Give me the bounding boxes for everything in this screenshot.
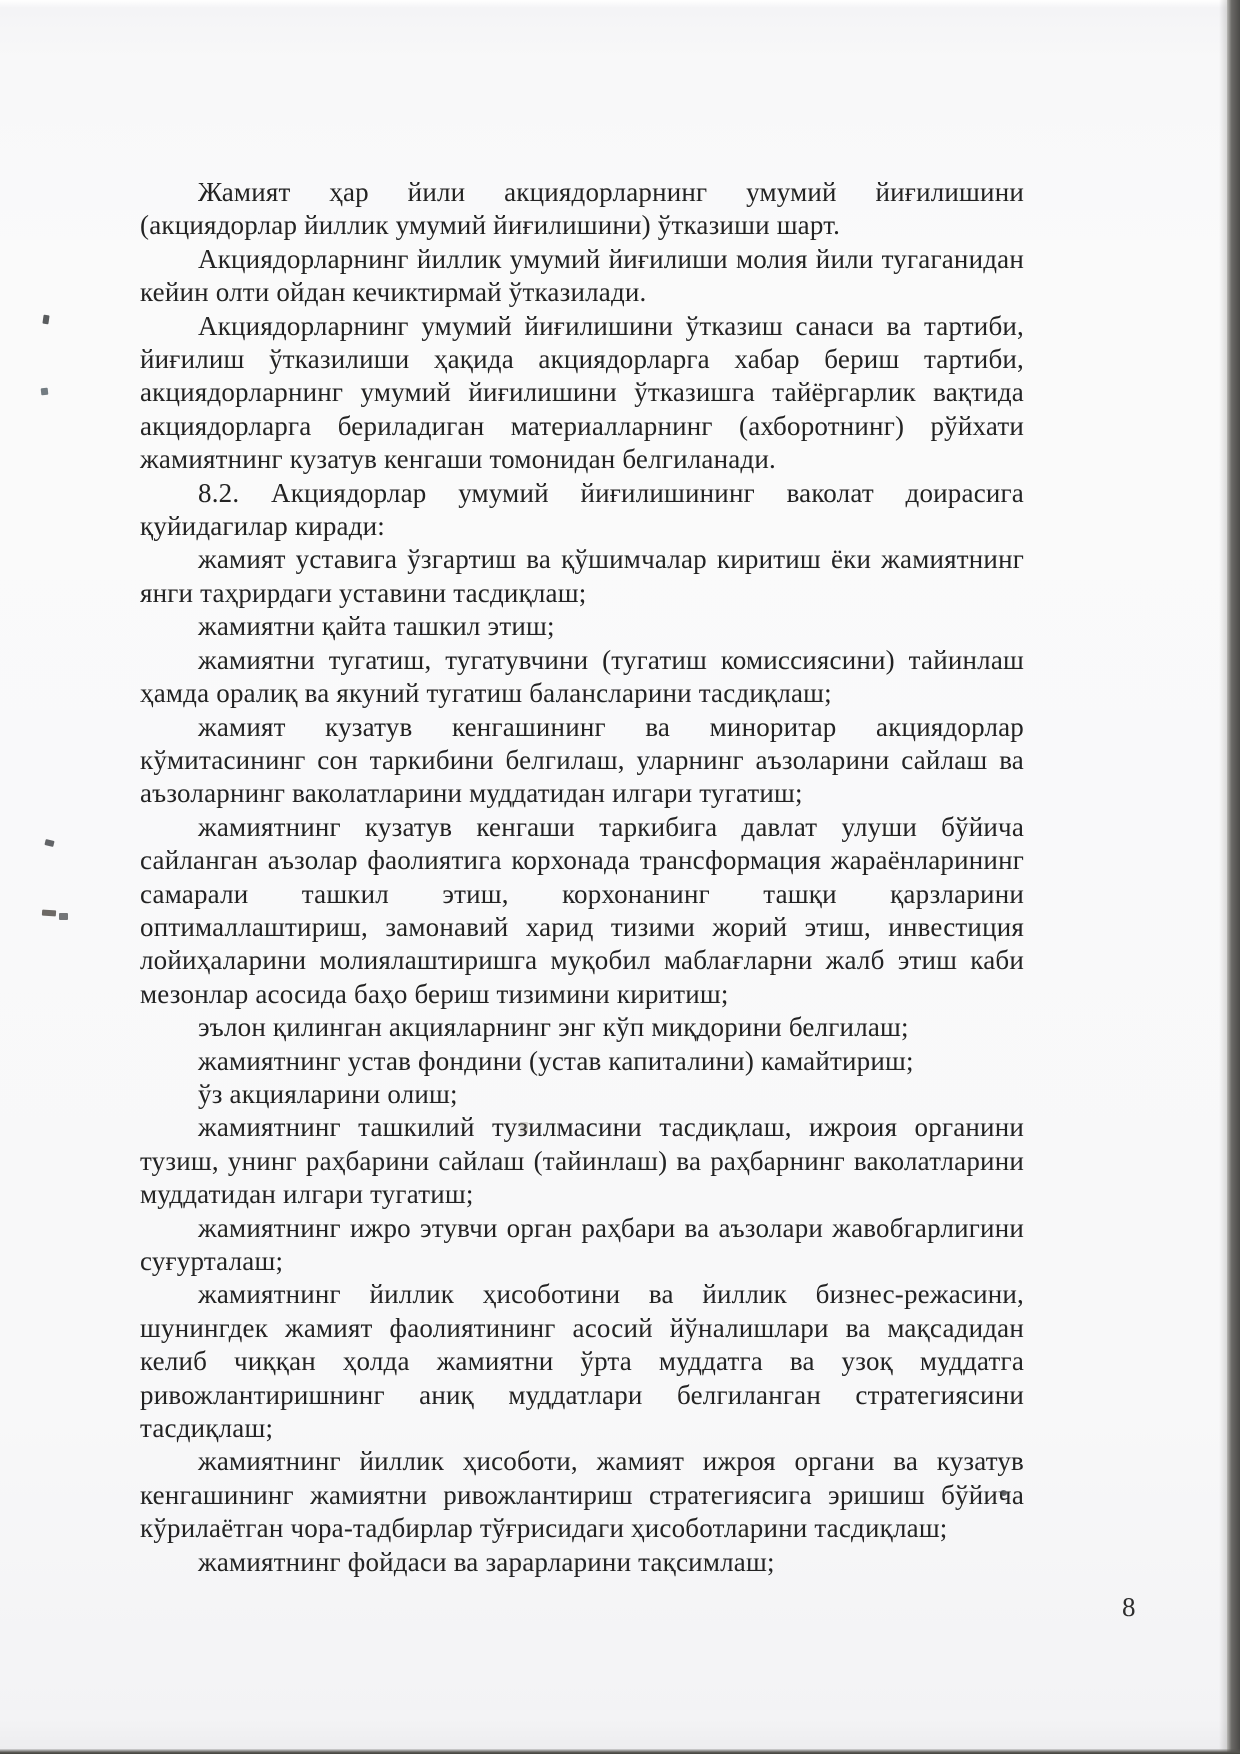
scan-speck [1000, 1490, 1007, 1496]
scan-speck [44, 839, 54, 847]
paragraph: эълон қилинган акцияларнинг энг кўп миқд… [140, 1011, 1024, 1044]
paragraph: жамият кузатув кенгашининг ва миноритар … [140, 711, 1024, 811]
paragraph: Акциядорларнинг умумий йиғилишини ўткази… [140, 310, 1024, 477]
paragraph: Акциядорларнинг йиллик умумий йиғилиши м… [140, 243, 1024, 310]
scan-speck [59, 913, 68, 920]
document-body-text: Жамият ҳар йили акциядорларнинг умумий й… [140, 176, 1024, 1579]
page-edge-shadow-right [1227, 0, 1240, 1754]
scan-speck [41, 388, 49, 396]
paragraph: жамиятнинг фойдаси ва зарарларини тақсим… [140, 1546, 1024, 1579]
scan-speck [42, 910, 56, 917]
paragraph: жамиятнинг ижро этувчи орган раҳбари ва … [140, 1212, 1024, 1279]
paragraph: жамиятнинг йиллик ҳисоботини ва йиллик б… [140, 1278, 1024, 1445]
paragraph: жамиятнинг кузатув кенгаши таркибига дав… [140, 811, 1024, 1011]
scanned-document-page: Жамият ҳар йили акциядорларнинг умумий й… [0, 0, 1240, 1754]
page-number: 8 [1122, 1592, 1136, 1622]
page-edge-shadow-soft [1219, 0, 1227, 1754]
scan-speck [42, 315, 49, 325]
paragraph: жамиятни қайта ташкил этиш; [140, 610, 1024, 643]
paragraph: жамиятнинг ташкилий тузилмасини тасдиқла… [140, 1111, 1024, 1211]
paragraph: Жамият ҳар йили акциядорларнинг умумий й… [140, 176, 1024, 243]
paragraph: 8.2. Акциядорлар умумий йиғилишининг вак… [140, 477, 1024, 544]
page-edge-shadow-bottom [0, 1749, 1240, 1754]
paragraph: жамият уставига ўзгартиш ва қўшимчалар к… [140, 543, 1024, 610]
paragraph: жамиятнинг устав фондини (устав капитали… [140, 1045, 1024, 1078]
scan-smudge [520, 1122, 528, 1133]
paragraph: жамиятнинг йиллик ҳисоботи, жамият ижроя… [140, 1445, 1024, 1545]
paragraph: жамиятни тугатиш, тугатувчини (тугатиш к… [140, 644, 1024, 711]
paragraph: ўз акцияларини олиш; [140, 1078, 1024, 1111]
